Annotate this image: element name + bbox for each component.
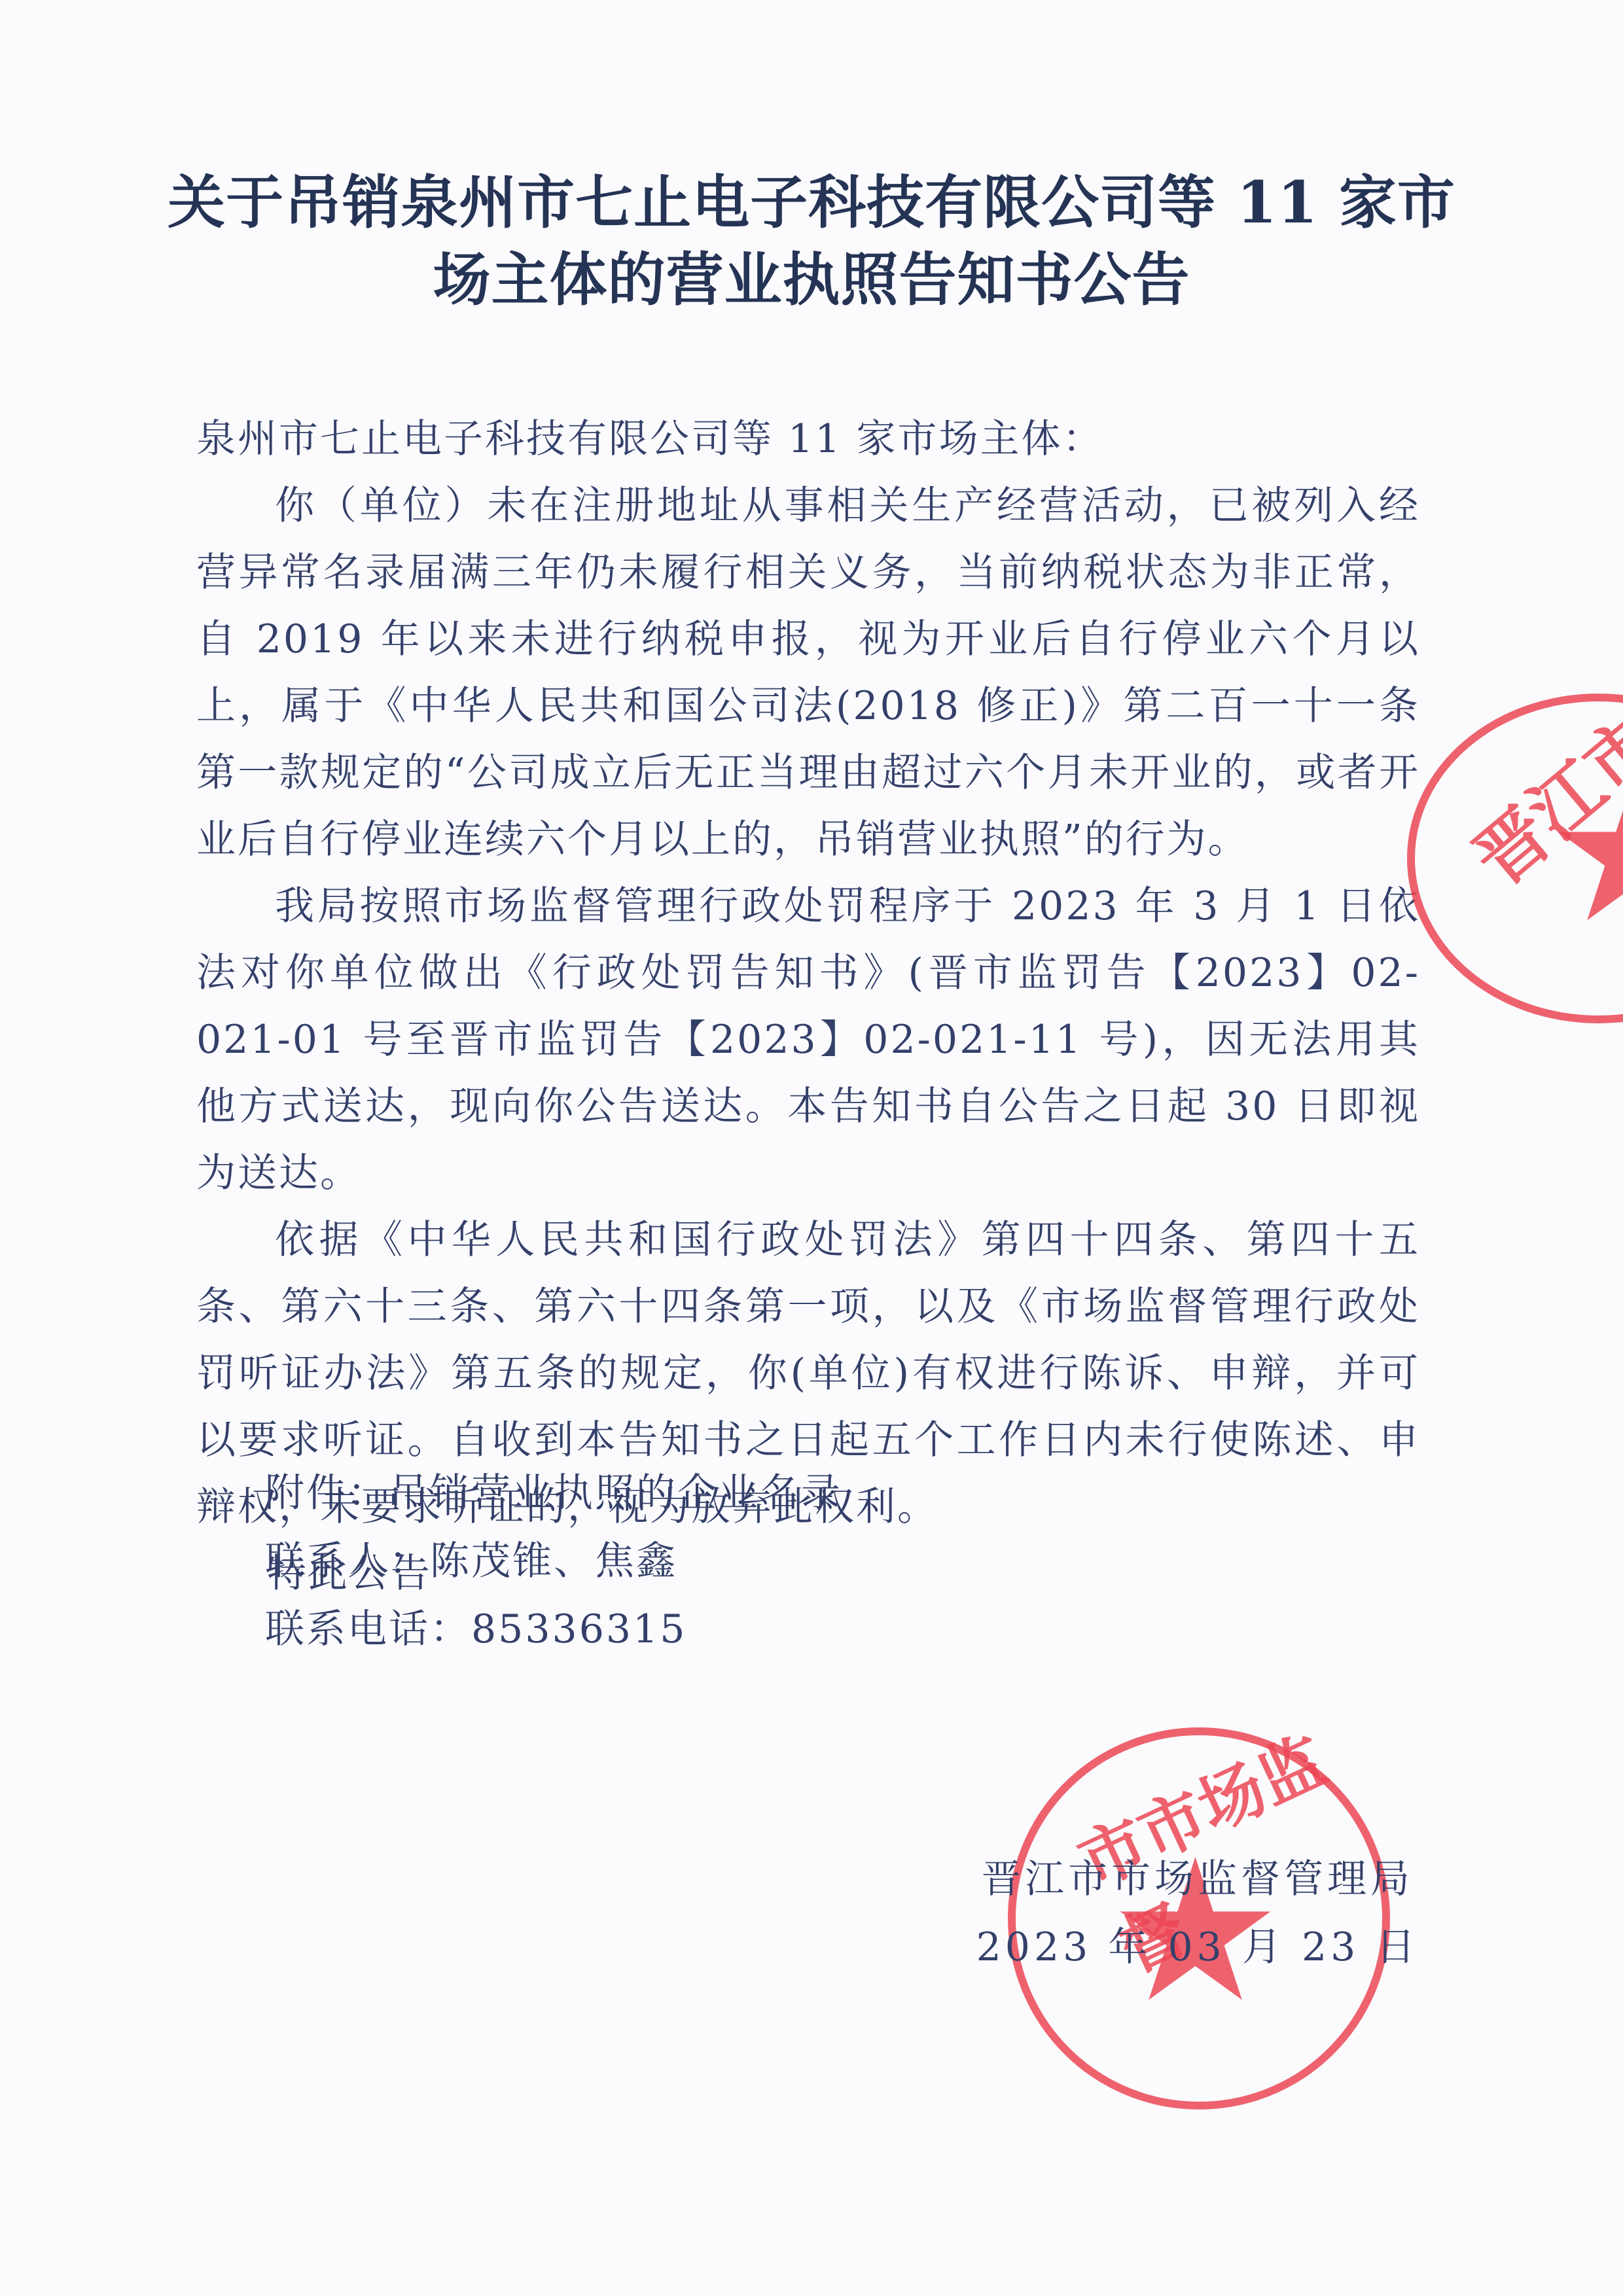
salutation: 泉州市七止电子科技有限公司等 11 家市场主体：: [196, 406, 1420, 472]
attachment-block: 附件：吊销营业执照的企业名录 联系人：陈茂锥、焦鑫 联系电话：85336315: [265, 1459, 842, 1663]
title-line-1: 关于吊销泉州市七止电子科技有限公司等 11 家市: [0, 164, 1623, 241]
contact-phone: 联系电话：85336315: [265, 1595, 842, 1663]
seam-stamp: ★ 晋江市市: [1407, 694, 1623, 1023]
signature-block: 晋江市市场监督管理局 2023 年 03 月 23 日: [969, 1845, 1427, 1981]
paragraph-1: 你（单位）未在注册地址从事相关生产经营活动，已被列入经营异常名录届满三年仍未履行…: [196, 472, 1420, 873]
title-line-2: 场主体的营业执照告知书公告: [0, 241, 1623, 318]
contact-person: 联系人：陈茂锥、焦鑫: [265, 1527, 842, 1595]
issuer-name: 晋江市市场监督管理局: [969, 1845, 1427, 1913]
stamp-text-fragment: 晋江市市: [1448, 641, 1623, 905]
document-body: 泉州市七止电子科技有限公司等 11 家市场主体： 你（单位）未在注册地址从事相关…: [196, 406, 1420, 1607]
stamp-star-icon: ★: [1546, 754, 1623, 950]
paragraph-2: 我局按照市场监督管理行政处罚程序于 2023 年 3 月 1 日依法对你单位做出…: [196, 873, 1420, 1207]
document-title: 关于吊销泉州市七止电子科技有限公司等 11 家市 场主体的营业执照告知书公告: [0, 164, 1623, 318]
attachment-line: 附件：吊销营业执照的企业名录: [265, 1459, 842, 1527]
issue-date: 2023 年 03 月 23 日: [969, 1913, 1427, 1981]
